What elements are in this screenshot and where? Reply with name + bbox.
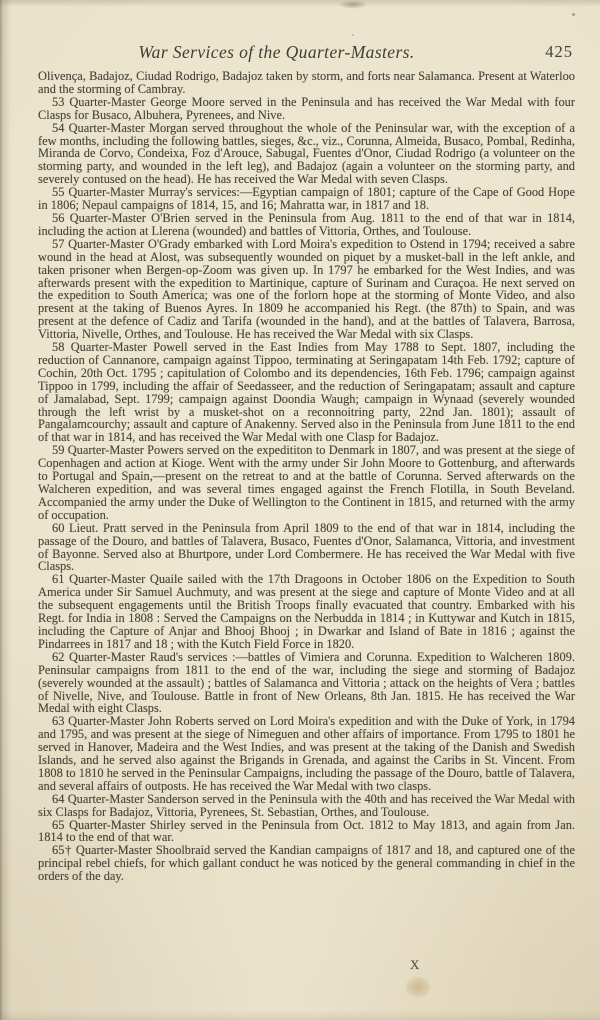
paragraph: 61 Quarter-Master Quaile sailed with the… — [38, 573, 575, 650]
paragraph: 62 Quarter-Master Raud's services :—batt… — [38, 651, 575, 716]
paragraph: 57 Quarter-Master O'Grady embarked with … — [38, 238, 575, 341]
paragraph: 56 Quarter-Master O'Brien served in the … — [38, 212, 575, 238]
page-title: War Services of the Quarter-Masters. — [38, 42, 515, 63]
page-number: 425 — [545, 42, 573, 62]
paragraph: 63 Quarter-Master John Roberts served on… — [38, 715, 575, 792]
paragraph: 60 Lieut. Pratt served in the Peninsula … — [38, 522, 575, 574]
book-page: War Services of the Quarter-Masters. 425… — [0, 0, 600, 1020]
paragraph: Olivença, Badajoz, Ciudad Rodrigo, Badaj… — [38, 70, 575, 96]
paragraph: 65† Quarter-Master Shoolbraid served the… — [38, 844, 575, 883]
paper-smudge — [338, 0, 368, 9]
paragraph: 54 Quarter-Master Morgan served througho… — [38, 122, 575, 187]
paragraph: 65 Quarter-Master Shirley served in the … — [38, 819, 575, 845]
signature-mark: X — [410, 957, 419, 973]
paragraph: 53 Quarter-Master George Moore served in… — [38, 96, 575, 122]
paragraph: 58 Quarter-Master Powell served in the E… — [38, 341, 575, 444]
paragraph: 59 Quarter-Master Powers served on the e… — [38, 444, 575, 521]
page-body: Olivença, Badajoz, Ciudad Rodrigo, Badaj… — [38, 70, 575, 883]
paragraph: 64 Quarter-Master Sanderson served in th… — [38, 793, 575, 819]
paper-speck — [352, 34, 354, 36]
paper-stain — [405, 976, 431, 998]
paragraph: 55 Quarter-Master Murray's services:—Egy… — [38, 186, 575, 212]
page-header: War Services of the Quarter-Masters. 425 — [38, 42, 575, 66]
paper-speck — [572, 13, 575, 16]
